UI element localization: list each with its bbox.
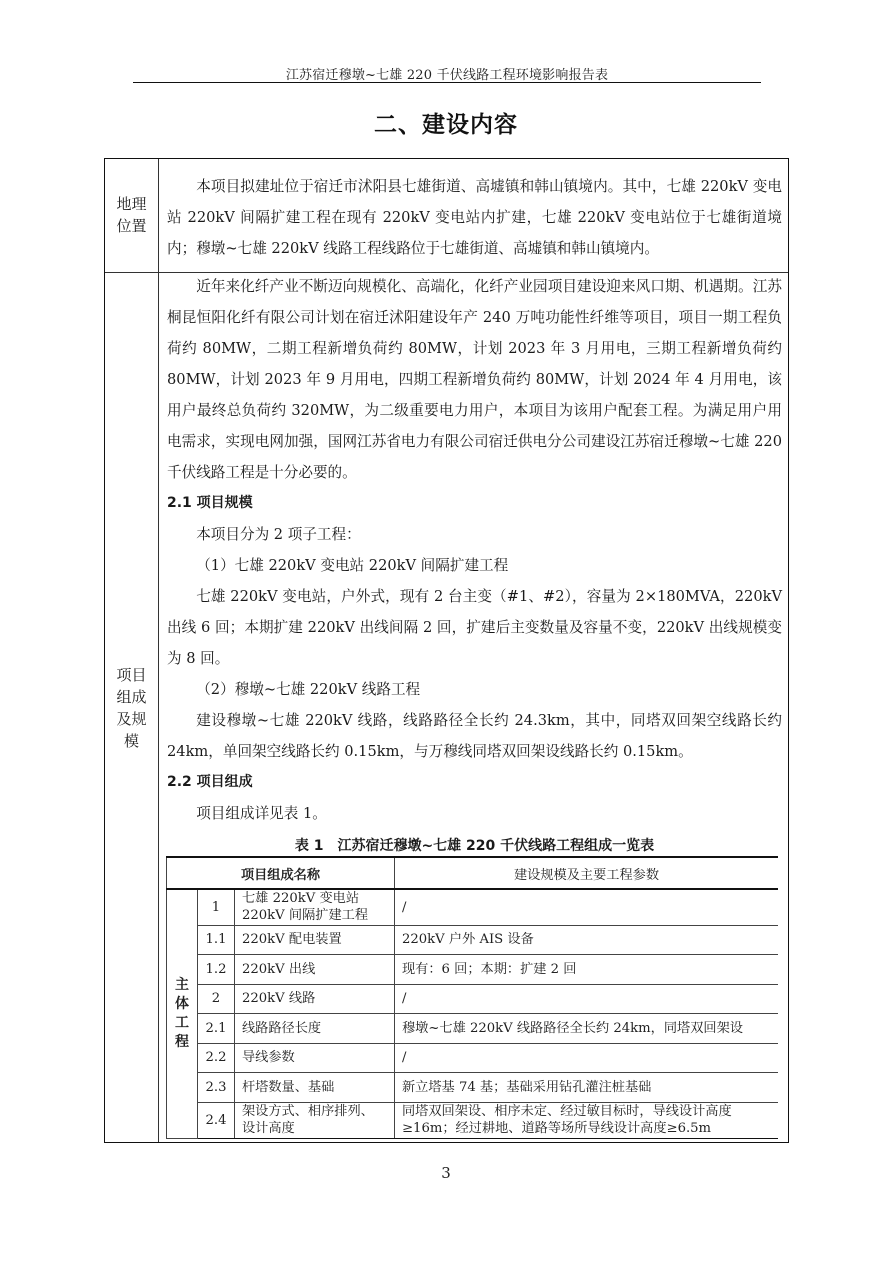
composition-table: 项目组成名称 建设规模及主要工程参数 主体工程 1 七雄 220kV 变电站 2… <box>166 856 778 1139</box>
row-name: 220kV 线路 <box>235 984 395 1014</box>
row-name: 220kV 出线 <box>235 955 395 985</box>
table-row: 1.2 220kV 出线 现有：6 回；本期：扩建 2 回 <box>167 955 779 985</box>
row-number: 1.1 <box>198 925 235 955</box>
geo-location-label: 地理位置 <box>105 193 158 237</box>
row-number: 2.4 <box>198 1102 235 1138</box>
construction-content-table: 地理位置 本项目拟建址位于宿迁市沭阳县七雄街道、高墟镇和韩山镇境内。其中，七雄 … <box>104 158 789 1143</box>
row-param: 新立塔基 74 基；基础采用钻孔灌注桩基础 <box>395 1073 779 1103</box>
scale-heading: 2.1 项目规模 <box>167 488 782 519</box>
project-intro-text: 近年来化纤产业不断迈向规模化、高端化，化纤产业园项目建设迎来风口期、机遇期。江苏… <box>167 271 782 488</box>
row-name: 架设方式、相序排列、设计高度 <box>235 1102 395 1138</box>
table-header-row: 项目组成名称 建设规模及主要工程参数 <box>167 857 779 889</box>
project-composition-label: 项目组成及规模 <box>105 664 158 752</box>
row-name: 线路路径长度 <box>235 1014 395 1044</box>
row-name: 七雄 220kV 变电站 220kV 间隔扩建工程 <box>235 889 395 925</box>
table-row: 主体工程 1 七雄 220kV 变电站 220kV 间隔扩建工程 / <box>167 889 779 925</box>
sub-project-1-text: 七雄 220kV 变电站，户外式，现有 2 台主变（#1、#2），容量为 2×1… <box>167 581 782 674</box>
row-param: / <box>395 984 779 1014</box>
table-row: 2 220kV 线路 / <box>167 984 779 1014</box>
row-param: 穆墩~七雄 220kV 线路路径全长约 24km，同塔双回架设 <box>395 1014 779 1044</box>
header-rule <box>133 82 761 83</box>
row-number: 2.3 <box>198 1073 235 1103</box>
sub-project-1-title: （1）七雄 220kV 变电站 220kV 间隔扩建工程 <box>167 550 782 581</box>
row-number: 2.1 <box>198 1014 235 1044</box>
column-divider <box>158 159 159 1142</box>
header-param: 建设规模及主要工程参数 <box>395 857 779 889</box>
row-number: 2 <box>198 984 235 1014</box>
composition-heading: 2.2 项目组成 <box>167 767 782 798</box>
sub-project-2-title: （2）穆墩~七雄 220kV 线路工程 <box>167 674 782 705</box>
page-number: 3 <box>0 1164 892 1182</box>
geo-location-text: 本项目拟建址位于宿迁市沭阳县七雄街道、高墟镇和韩山镇境内。其中，七雄 220kV… <box>167 171 782 264</box>
composition-text: 项目组成详见表 1。 <box>167 798 782 829</box>
table-row: 2.3 杆塔数量、基础 新立塔基 74 基；基础采用钻孔灌注桩基础 <box>167 1073 779 1103</box>
group-label-main-works: 主体工程 <box>167 889 198 1138</box>
scale-intro: 本项目分为 2 项子工程： <box>167 519 782 550</box>
sub-project-2-text: 建设穆墩~七雄 220kV 线路，线路路径全长约 24.3km，其中，同塔双回架… <box>167 705 782 767</box>
row-number: 1.2 <box>198 955 235 985</box>
row-param: / <box>395 1043 779 1073</box>
table-row: 2.4 架设方式、相序排列、设计高度 同塔双回架设、相序未定、经过敏目标时，导线… <box>167 1102 779 1138</box>
row-number: 1 <box>198 889 235 925</box>
row-param: 现有：6 回；本期：扩建 2 回 <box>395 955 779 985</box>
table-row: 2.2 导线参数 / <box>167 1043 779 1073</box>
row-param: 220kV 户外 AIS 设备 <box>395 925 779 955</box>
row-param: / <box>395 889 779 925</box>
table-row: 1.1 220kV 配电装置 220kV 户外 AIS 设备 <box>167 925 779 955</box>
table-row: 2.1 线路路径长度 穆墩~七雄 220kV 线路路径全长约 24km，同塔双回… <box>167 1014 779 1044</box>
geo-location-cell: 本项目拟建址位于宿迁市沭阳县七雄街道、高墟镇和韩山镇境内。其中，七雄 220kV… <box>167 171 782 264</box>
row-name: 220kV 配电装置 <box>235 925 395 955</box>
row-param: 同塔双回架设、相序未定、经过敏目标时，导线设计高度≥16m；经过耕地、道路等场所… <box>395 1102 779 1138</box>
running-header: 江苏宿迁穆墩~七雄 220 千伏线路工程环境影响报告表 <box>133 64 761 83</box>
header-name: 项目组成名称 <box>167 857 395 889</box>
row-number: 2.2 <box>198 1043 235 1073</box>
row-name: 导线参数 <box>235 1043 395 1073</box>
row-name: 杆塔数量、基础 <box>235 1073 395 1103</box>
section-title: 二、建设内容 <box>0 106 892 139</box>
project-composition-cell: 近年来化纤产业不断迈向规模化、高端化，化纤产业园项目建设迎来风口期、机遇期。江苏… <box>167 271 782 863</box>
